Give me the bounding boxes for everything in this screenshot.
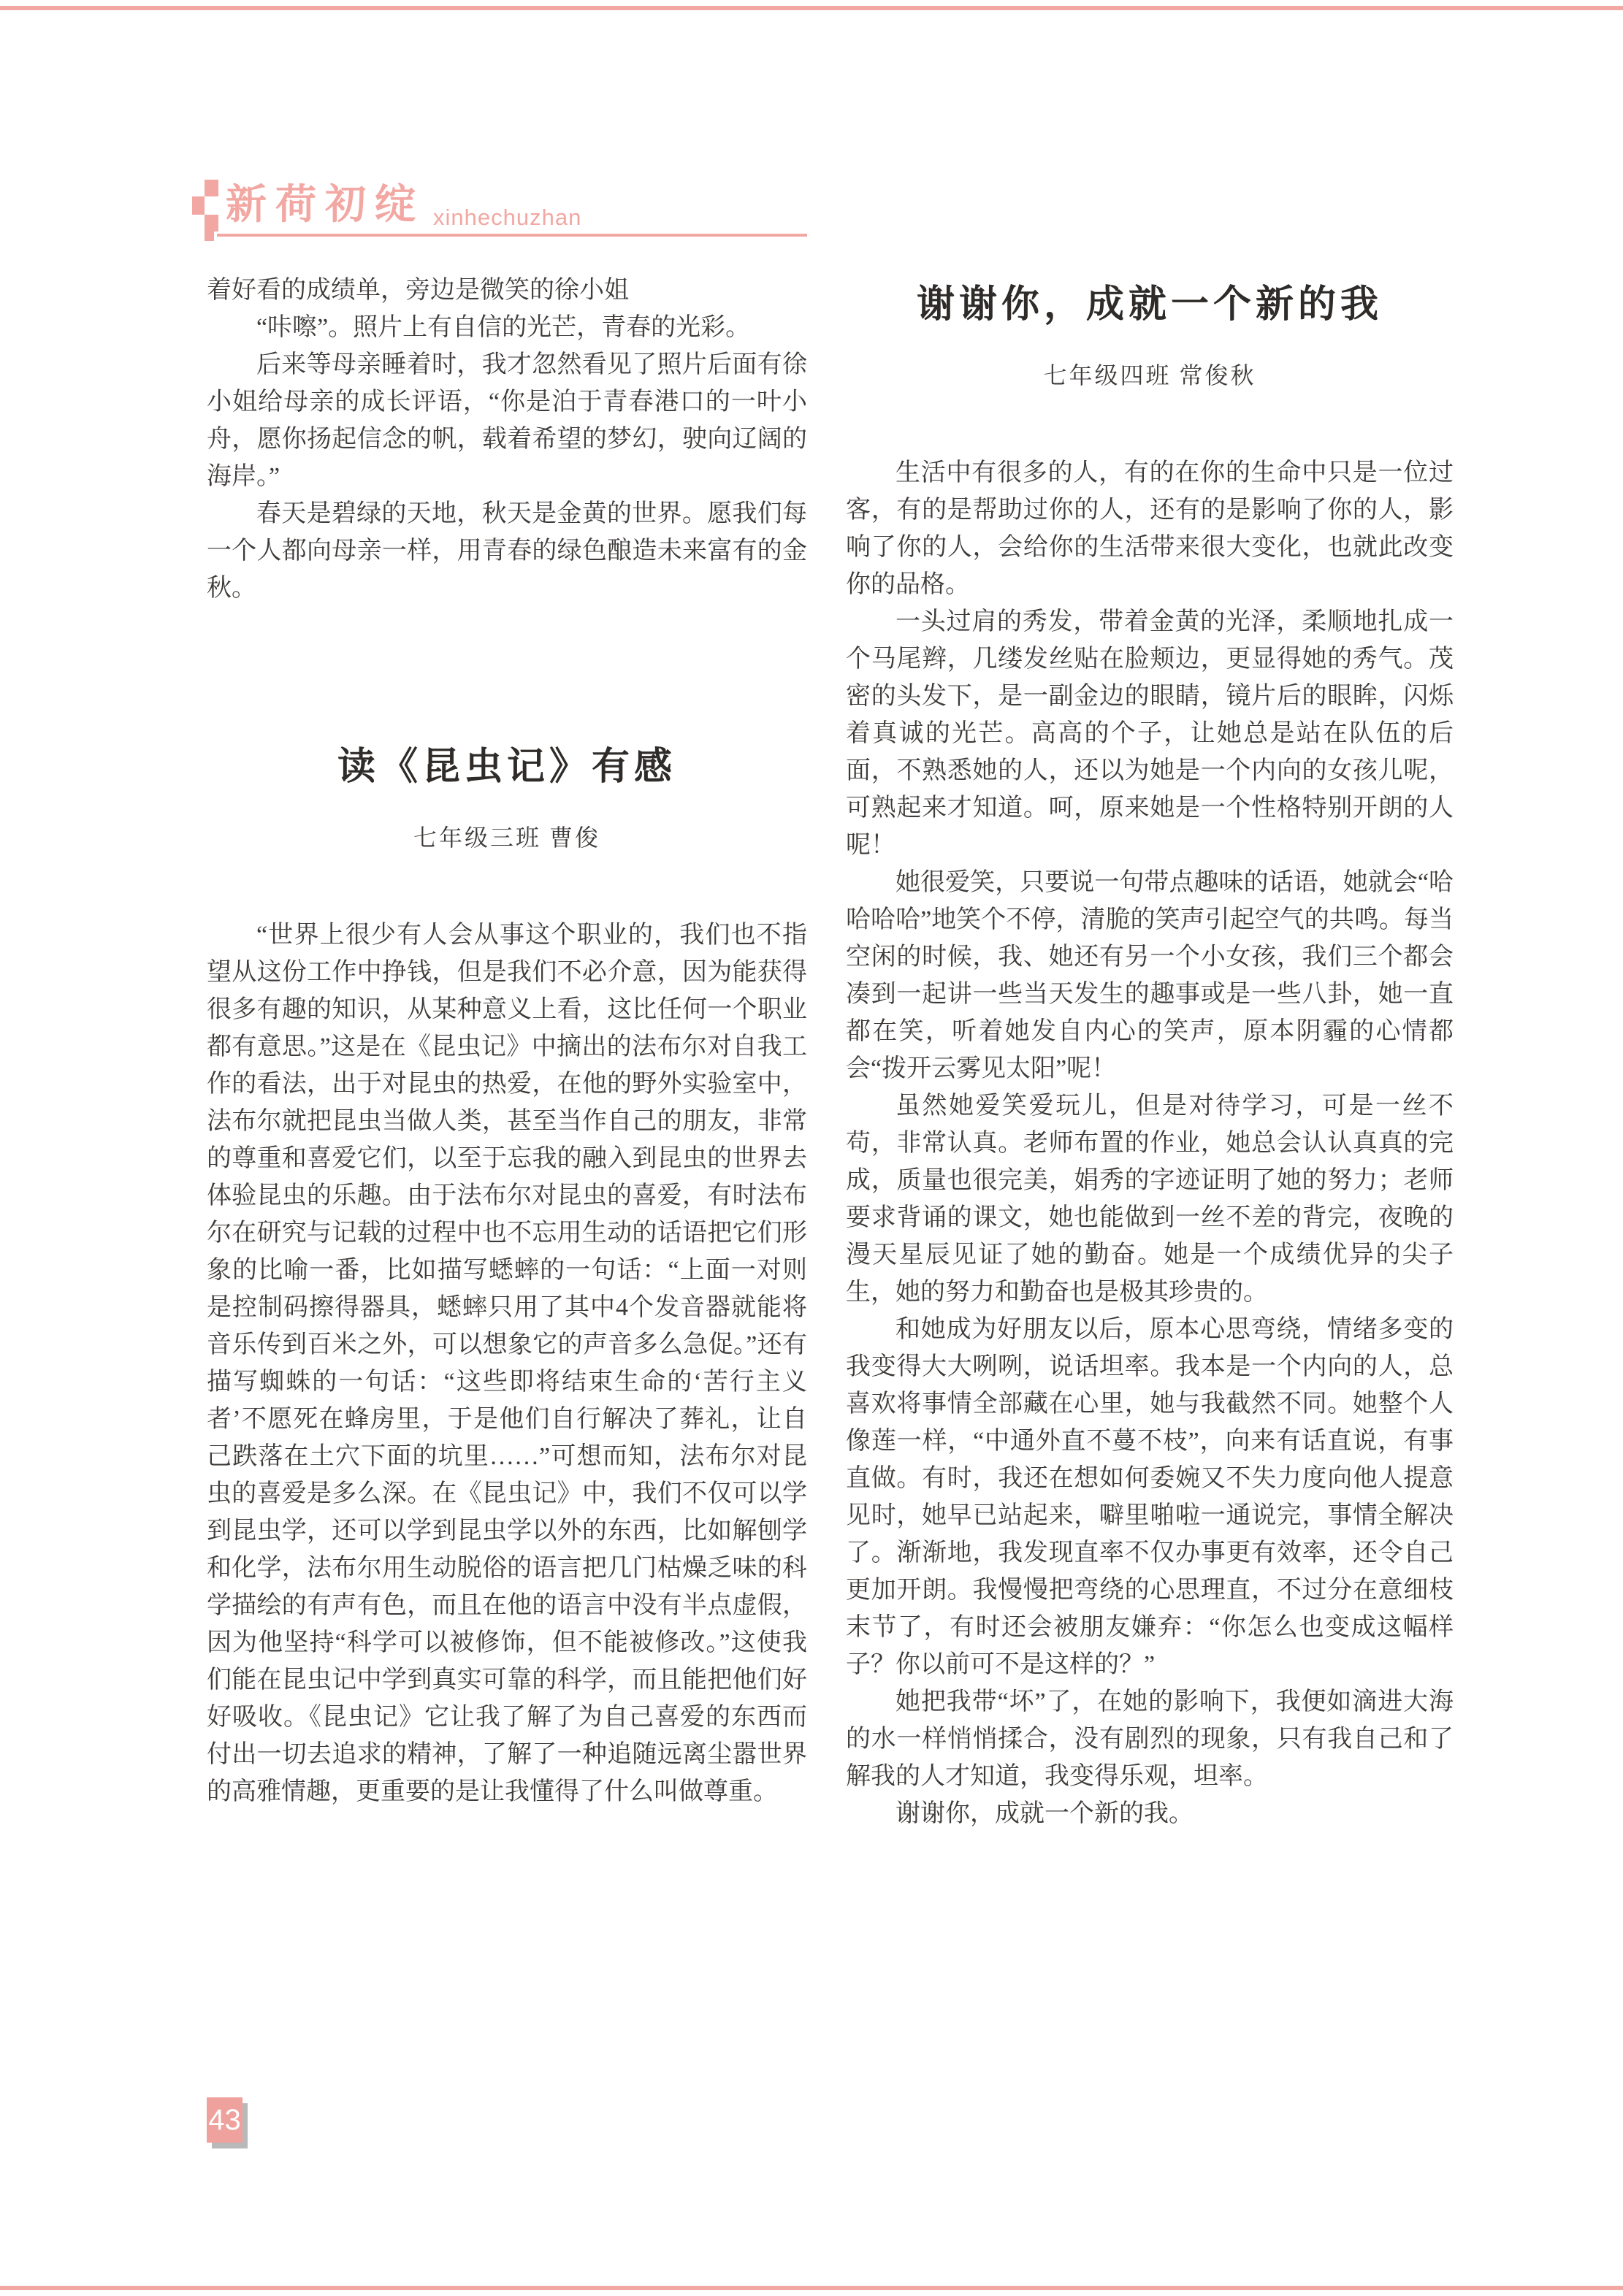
paragraph: 一头过肩的秀发，带着金黄的光泽，柔顺地扎成一个马尾辫，几缕发丝贴在脸颊边，更显得… bbox=[846, 603, 1454, 864]
paragraph: “世界上很少有人会从事这个职业的，我们也不指望从这份工作中挣钱，但是我们不必介意… bbox=[207, 917, 807, 1810]
header-underline bbox=[217, 234, 807, 237]
article-body: “世界上很少有人会从事这个职业的，我们也不指望从这份工作中挣钱，但是我们不必介意… bbox=[207, 917, 807, 1810]
article-title: 谢谢你，成就一个新的我 bbox=[846, 282, 1454, 329]
left-column: 着好看的成绩单，旁边是微笑的徐小姐“咔嚓”。照片上有自信的光芒，青春的光彩。后来… bbox=[207, 272, 807, 1810]
article-insect-diary: 读《昆虫记》有感 七年级三班 曹俊 “世界上很少有人会从事这个职业的，我们也不指… bbox=[207, 744, 807, 1810]
article-byline: 七年级四班 常俊秋 bbox=[846, 361, 1454, 390]
article-continuation-text: 着好看的成绩单，旁边是微笑的徐小姐“咔嚓”。照片上有自信的光芒，青春的光彩。后来… bbox=[207, 272, 807, 607]
paragraph: 生活中有很多的人，有的在你的生命中只是一位过客，有的是帮助过你的人，还有的是影响… bbox=[846, 454, 1454, 603]
article-byline: 七年级三班 曹俊 bbox=[207, 823, 807, 852]
logo-square bbox=[205, 231, 214, 241]
paragraph: 春天是碧绿的天地，秋天是金黄的世界。愿我们每一个人都向母亲一样，用青春的绿色酿造… bbox=[207, 495, 807, 607]
right-column: 谢谢你，成就一个新的我 七年级四班 常俊秋 生活中有很多的人，有的在你的生命中只… bbox=[846, 282, 1454, 1832]
article-body: 生活中有很多的人，有的在你的生命中只是一位过客，有的是帮助过你的人，还有的是影响… bbox=[846, 454, 1454, 1832]
logo-square bbox=[192, 196, 205, 215]
paragraph: 后来等母亲睡着时，我才忽然看见了照片后面有徐小姐给母亲的成长评语，“你是泊于青春… bbox=[207, 346, 807, 495]
page-header: 新荷初绽 xinhechuzhan bbox=[192, 178, 809, 240]
paragraph: 虽然她爱笑爱玩儿，但是对待学习，可是一丝不苟，非常认真。老师布置的作业，她总会认… bbox=[846, 1087, 1454, 1311]
article-thank-you: 谢谢你，成就一个新的我 七年级四班 常俊秋 生活中有很多的人，有的在你的生命中只… bbox=[846, 282, 1454, 1832]
logo-mark-icon bbox=[192, 180, 218, 241]
top-border-line bbox=[0, 6, 1623, 10]
logo-square bbox=[205, 180, 218, 196]
paragraph: 她很爱笑，只要说一句带点趣味的话语，她就会“哈哈哈哈”地笑个不停，清脆的笑声引起… bbox=[846, 864, 1454, 1087]
page-number-badge: 43 bbox=[207, 2097, 243, 2143]
article-title: 读《昆虫记》有感 bbox=[207, 744, 807, 791]
paragraph: 谢谢你，成就一个新的我。 bbox=[846, 1795, 1454, 1832]
paragraph: 她把我带“坏”了，在她的影响下，我便如滴进大海的水一样悄悄揉合，没有剧烈的现象，… bbox=[846, 1683, 1454, 1795]
paragraph: 着好看的成绩单，旁边是微笑的徐小姐 bbox=[207, 272, 807, 309]
paragraph: “咔嚓”。照片上有自信的光芒，青春的光彩。 bbox=[207, 309, 807, 346]
bottom-border-line bbox=[0, 2286, 1623, 2290]
magazine-section-title: 新荷初绽 bbox=[226, 183, 424, 226]
magazine-page: 新荷初绽 xinhechuzhan 着好看的成绩单，旁边是微笑的徐小姐“咔嚓”。… bbox=[0, 0, 1623, 2296]
paragraph: 和她成为好朋友以后，原本心思弯绕，情绪多变的我变得大大咧咧，说话坦率。我本是一个… bbox=[846, 1311, 1454, 1683]
magazine-section-subtitle: xinhechuzhan bbox=[433, 204, 581, 231]
logo-square bbox=[205, 215, 218, 231]
